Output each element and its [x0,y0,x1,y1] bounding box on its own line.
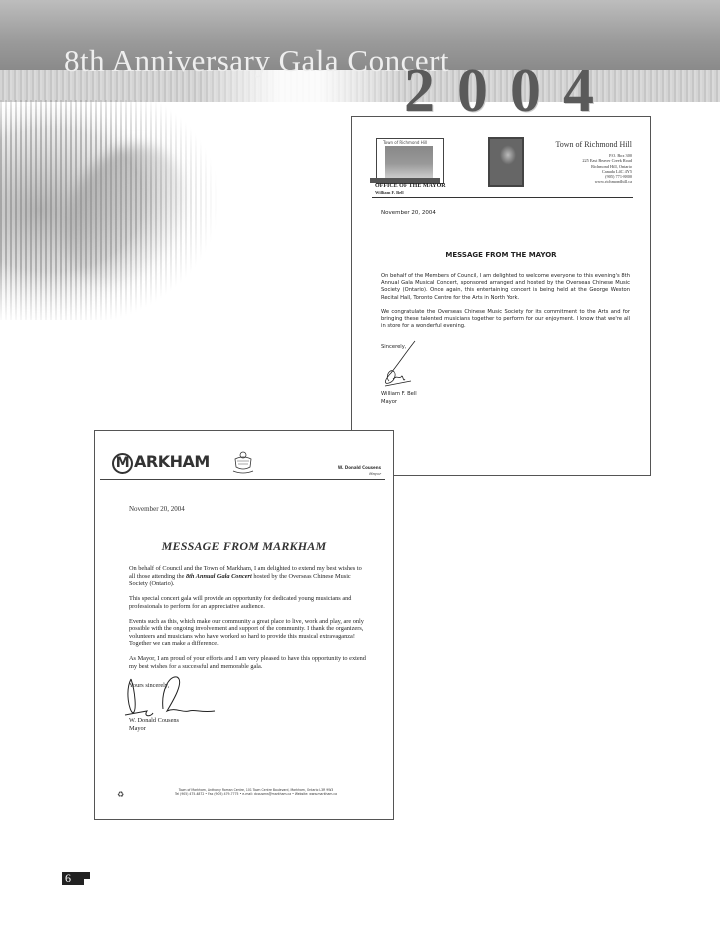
markham-logo-initial: M [112,453,133,474]
mayor-photo [488,137,524,187]
footer-contact: Tel (905) 475-4872 • Fax (905) 479-7775 … [141,792,371,796]
town-address: P.O. Box 300 225 East Beaver Creek Road … [582,153,632,185]
banner-title: 8th Anniversary Gala Concert [64,43,449,79]
markham-letter: MARKHAM W. Donald Cousens Mayor November… [94,430,394,820]
recycle-icon: ♻ [117,790,124,799]
mayor-title-header: Mayor [369,471,381,476]
letter-paragraph: We congratulate the Overseas Chinese Mus… [381,309,630,331]
crest-landscape [385,146,433,178]
letter-paragraph: As Mayor, I am proud of your efforts and… [129,655,368,670]
office-mayor-name: William F. Bell [375,190,404,195]
letter-paragraph: Events such as this, which make our comm… [129,618,368,648]
office-label: OFFICE OF THE MAYOR [375,183,446,189]
page-number-tab [84,872,90,879]
signer-name: W. Donald Cousens [129,717,179,725]
richmond-hill-letter: Town of Richmond Hill OFFICE OF THE MAYO… [351,116,651,476]
signer-title: Mayor [129,725,179,733]
letter-paragraph: On behalf of the Members of Council, I a… [381,273,630,302]
signature-icon [377,339,422,389]
letter-heading: MESSAGE FROM MARKHAM [95,539,393,554]
concert-hall-artwork [0,100,260,320]
event-name-emphasis: 8th Annual Gala Concert [186,573,252,580]
signer-block: William F. Bell Mayor [381,391,417,406]
markham-logo: MARKHAM [112,452,210,474]
mayor-name-header: W. Donald Cousens [338,465,381,470]
crest-caption: Town of Richmond Hill [383,140,427,145]
signer-title: Mayor [381,399,417,407]
address-line: www.richmondhill.ca [582,179,632,184]
violin-swoosh-artwork [41,123,209,307]
letter-paragraph: On behalf of Council and the Town of Mar… [129,565,368,588]
markham-crest-icon [231,449,255,475]
signer-name: William F. Bell [381,391,417,399]
address-line: 225 East Beaver Creek Road [582,158,632,163]
letter-footer: Town of Markham, Anthony Roman Centre, 1… [141,788,371,797]
signer-block: W. Donald Cousens Mayor [129,717,179,733]
letter-heading: MESSAGE FROM THE MAYOR [352,251,650,259]
letter-date: November 20, 2004 [129,505,185,513]
banner-year: 2004 [404,60,616,122]
letterhead-rule [372,197,633,198]
town-name: Town of Richmond Hill [555,140,632,149]
letter-date: November 20, 2004 [381,210,436,216]
page-number: 6 [62,872,84,885]
letterhead-rule [100,479,385,480]
markham-logo-text: ARKHAM [134,452,210,471]
signature-icon [123,671,223,721]
letter-body: On behalf of Council and the Town of Mar… [129,565,368,678]
letter-paragraph: This special concert gala will provide a… [129,595,368,610]
letter-body: On behalf of the Members of Council, I a… [381,273,630,337]
